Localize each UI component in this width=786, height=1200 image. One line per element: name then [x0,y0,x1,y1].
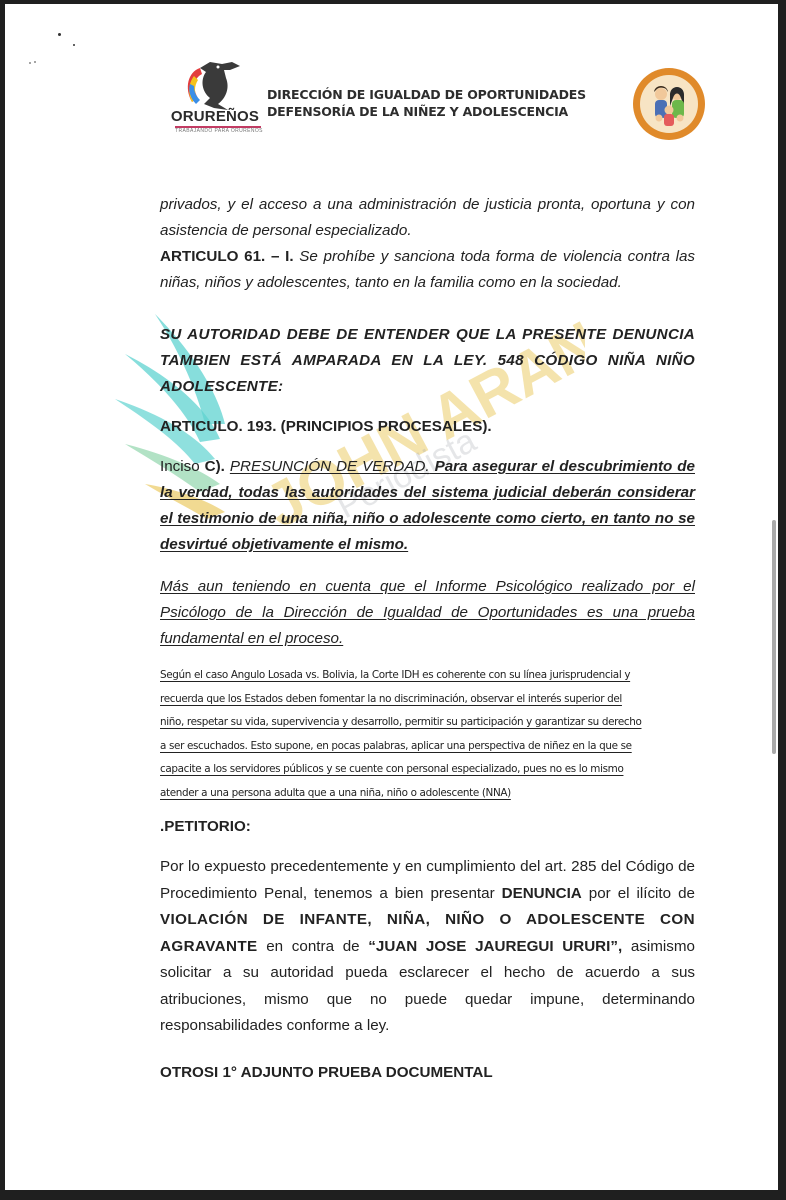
inciso-c: Inciso C). PRESUNCIÓN DE VERDAD. Para as… [160,454,695,558]
scrollbar-track[interactable] [770,4,778,1190]
autoridad-notice: SU AUTORIDAD DEBE DE ENTENDER QUE LA PRE… [160,322,695,400]
otrosi-heading: OTROSI 1° ADJUNTO PRUEBA DOCUMENTAL [160,1060,695,1086]
inciso-label: Inciso [160,458,205,475]
inciso-letter: C). [205,458,225,475]
caso-line: recuerda que los Estados deben fomentar … [160,688,695,712]
letterhead: ORUREÑOS TRABAJANDO PARA ORUREÑOS DIRECC… [165,56,725,151]
petitorio-paragraph: Por lo expuesto precedentemente y en cum… [160,854,695,1040]
caso-angulo-losada: Según el caso Angulo Losada vs. Bolivia,… [160,664,695,805]
petitorio-text: por el ilícito de [582,885,695,902]
articulo-61-label: ARTICULO 61. – I. [160,248,294,265]
petitorio-acusado: “JUAN JOSE JAUREGUI URURI”, [368,938,622,955]
paragraph-justicia: privados, y el acceso a una administraci… [160,192,695,244]
org-logo-tagline: TRABAJANDO PARA ORUREÑOS [173,128,265,134]
caso-line: Según el caso Angulo Losada vs. Bolivia,… [160,664,695,688]
caso-line: niño, respetar su vida, supervivencia y … [160,711,695,735]
document-page: ORUREÑOS TRABAJANDO PARA ORUREÑOS DIRECC… [5,4,778,1190]
letterhead-titles: DIRECCIÓN DE IGUALDAD DE OPORTUNIDADES D… [267,86,586,120]
articulo-61: ARTICULO 61. – I. Se prohíbe y sanciona … [160,244,695,296]
petitorio-text: en contra de [258,938,369,955]
defensoria-seal-icon [631,62,707,144]
informe-psicologico: Más aun teniendo en cuenta que el Inform… [160,574,695,652]
inciso-title: PRESUNCIÓN DE VERDAD. [230,458,430,475]
header-line-direccion: DIRECCIÓN DE IGUALDAD DE OPORTUNIDADES [267,86,586,103]
caso-line: capacite a los servidores públicos y se … [160,758,695,782]
articulo-193-heading: ARTICULO. 193. (PRINCIPIOS PROCESALES). [160,414,695,440]
petitorio-heading: .PETITORIO: [160,814,695,840]
caso-line: a ser escuchados. Esto supone, en pocas … [160,735,695,759]
caso-line: atender a una persona adulta que a una n… [160,782,695,806]
scan-specks [5,4,105,84]
petitorio-denuncia: DENUNCIA [502,885,582,902]
scrollbar-thumb[interactable] [772,520,776,754]
org-logo-text: ORUREÑOS [165,108,265,125]
header-line-defensoria: DEFENSORÍA DE LA NIÑEZ Y ADOLESCENCIA [267,103,586,120]
